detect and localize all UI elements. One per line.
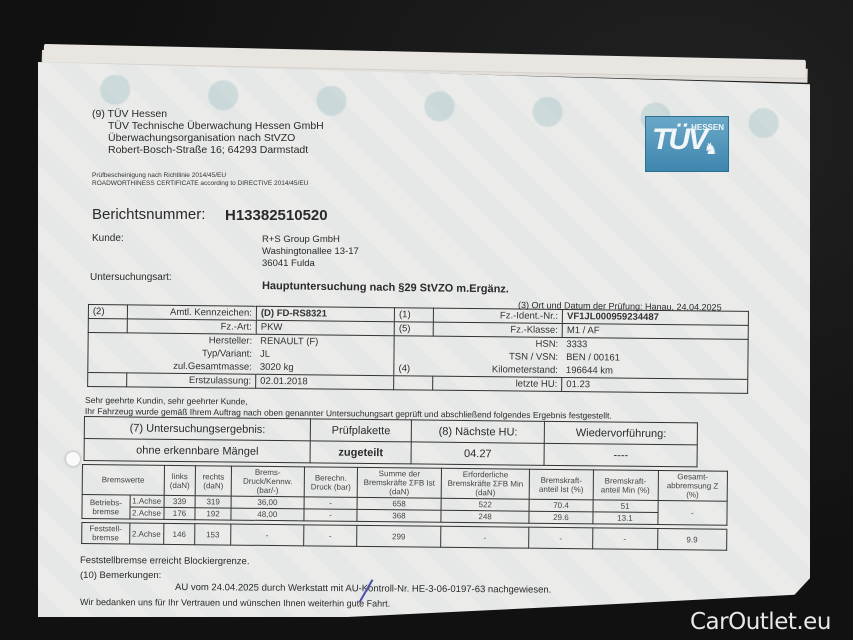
customer-address: R+S Group GmbH Washingtonallee 13-17 360… — [262, 234, 359, 270]
brake-value: - — [304, 525, 357, 547]
brake-header: Gesamt-abbremsung Z (%) — [658, 471, 728, 502]
brake-value: 299 — [357, 525, 441, 547]
field-label: Hersteller: — [127, 333, 256, 348]
result-header: Wiedervorführung: — [545, 421, 698, 445]
brake-value: 29.6 — [529, 511, 592, 524]
note-en: ROADWORTHINESS CERTIFICATE according to … — [92, 180, 308, 188]
brake-header: Berechn. Druck (bar) — [304, 467, 357, 498]
brake-value: 319 — [195, 496, 230, 508]
report-number: H13382510520 — [225, 207, 328, 224]
row-marker: (5) — [394, 322, 433, 336]
parking-brake-note: Feststellbremse erreicht Blockiergrenze. — [80, 555, 250, 567]
customer-street: Washingtonallee 13-17 — [262, 246, 359, 258]
field-value: RENAULT (F) — [256, 334, 394, 349]
brake-value: 248 — [441, 510, 530, 523]
brake-group-label: Betriebs-bremse — [82, 495, 130, 519]
brake-value: 146 — [163, 523, 195, 544]
brake-value: 1.Achse — [130, 495, 164, 507]
issuer-line: (9) TÜV Hessen — [92, 108, 324, 120]
punch-hole — [66, 452, 80, 466]
field-label: Erstzulassung: — [127, 373, 256, 388]
brake-header: rechts (daN) — [196, 466, 232, 496]
brake-value: 176 — [163, 507, 195, 519]
customer-label: Kunde: — [92, 233, 124, 244]
lion-icon: ♞ — [704, 139, 718, 159]
inspection-type-label: Untersuchungsart: — [90, 272, 172, 283]
field-label: Typ/Variant: — [127, 346, 256, 360]
issuer-block: (9) TÜV Hessen TÜV Technische Überwachun… — [92, 108, 324, 156]
result-value: zugeteilt — [310, 441, 411, 464]
field-value: 3020 kg — [256, 361, 394, 376]
field-label: Amtl. Kennzeichen: — [127, 305, 256, 320]
brake-header: Brems-Druck/Kennw. (bar/-) — [231, 466, 305, 497]
brake-value: 153 — [195, 524, 230, 545]
vehicle-data-table: (2)Amtl. Kennzeichen:(D) FD-RS8321(1)Fz.… — [87, 304, 749, 394]
brake-value: 2.Achse — [129, 523, 163, 544]
field-value: (D) FD-RS8321 — [256, 306, 394, 321]
result-value: ohne erkennbare Mängel — [84, 439, 311, 463]
result-table: (7) Untersuchungsergebnis:Prüfplakette(8… — [84, 416, 698, 467]
brake-value: 70.4 — [529, 499, 592, 512]
field-label: TSN / VSN: — [433, 350, 562, 364]
row-marker — [88, 319, 127, 333]
brake-value: 36,00 — [231, 496, 304, 509]
watermark-logo: CarOutlet.eu — [690, 609, 831, 635]
result-value: ---- — [544, 443, 697, 467]
brake-value: 368 — [357, 509, 441, 522]
row-marker — [88, 346, 127, 359]
brake-header: Summe der Bremskräfte ΣFB Ist (daN) — [357, 467, 441, 498]
brake-value: 13.1 — [592, 512, 657, 525]
issuer-line: Überwachungsorganisation nach StVZO — [92, 132, 324, 144]
brake-value: - — [441, 526, 530, 548]
note-de: Prüfbescheinigung nach Richtlinie 2014/4… — [92, 172, 308, 180]
customer-city: 36041 Fulda — [262, 258, 359, 270]
brake-value: 51 — [593, 500, 658, 513]
row-marker: (1) — [394, 308, 433, 322]
row-marker — [88, 333, 127, 347]
row-marker — [394, 376, 433, 390]
row-marker: (2) — [88, 305, 127, 319]
thanks-text: Wir bedanken uns für Ihr Vertrauen und w… — [80, 597, 390, 609]
result-header: Prüfplakette — [311, 419, 412, 442]
brake-value: - — [304, 509, 357, 522]
customer-name: R+S Group GmbH — [262, 234, 359, 246]
row-marker — [394, 336, 433, 350]
field-label: Fz.-Ident.-Nr.: — [433, 308, 562, 323]
brake-group-label: Feststell-bremse — [82, 523, 130, 544]
field-value: 01.23 — [562, 377, 748, 393]
brake-header: links (daN) — [164, 465, 196, 495]
brake-values-table: Bremswertelinks (daN)rechts (daN)Brems-D… — [81, 464, 728, 551]
field-value: 02.01.2018 — [256, 374, 394, 389]
field-label: Kilometerstand: — [433, 363, 562, 378]
result-value: 04.27 — [411, 442, 545, 465]
field-label: Fz.-Art: — [127, 319, 256, 334]
field-value: PKW — [256, 320, 394, 335]
brake-value: - — [592, 528, 657, 550]
brake-value: - — [657, 501, 727, 526]
issuer-line: Robert-Bosch-Straße 16; 64293 Darmstadt — [92, 144, 324, 156]
brake-value: 339 — [164, 495, 196, 507]
row-marker — [88, 373, 127, 387]
brake-header: Bremskraft-anteil Min (%) — [593, 470, 658, 501]
certificate-note: Prüfbescheinigung nach Richtlinie 2014/4… — [92, 172, 308, 188]
brake-value: 9.9 — [657, 529, 727, 551]
brake-value: 192 — [195, 508, 230, 520]
report-number-label: Berichtsnummer: — [92, 206, 205, 223]
brake-value: - — [230, 524, 304, 546]
row-marker — [394, 349, 433, 362]
brake-value: 2.Achse — [130, 507, 164, 519]
tuv-logo: TÜV HESSEN ♞ — [645, 116, 729, 172]
logo-sub: HESSEN — [691, 123, 724, 132]
brake-value: 658 — [357, 497, 441, 510]
field-label: zul.Gesamtmasse: — [127, 359, 256, 374]
result-header: (7) Untersuchungsergebnis: — [84, 417, 311, 441]
field-label: HSN: — [433, 336, 562, 351]
remarks-label: (10) Bemerkungen: — [80, 570, 161, 581]
issuer-line: TÜV Technische Überwachung Hessen GmbH — [92, 120, 324, 132]
brake-value: 522 — [441, 498, 530, 511]
brake-header: Erforderliche Bremskräfte ΣFB Min (daN) — [441, 468, 530, 499]
brake-value: 48,00 — [231, 508, 304, 521]
row-marker — [88, 359, 127, 373]
brake-header: Bremskraft-anteil Ist (%) — [529, 469, 593, 500]
row-marker: (4) — [394, 362, 433, 376]
brake-value: - — [304, 497, 357, 510]
field-label: letzte HU: — [433, 376, 562, 391]
field-label: Fz.-Klasse: — [433, 322, 562, 337]
result-header: (8) Nächste HU: — [411, 420, 545, 443]
brake-header: Bremswerte — [82, 465, 164, 496]
brake-value: - — [529, 527, 592, 549]
